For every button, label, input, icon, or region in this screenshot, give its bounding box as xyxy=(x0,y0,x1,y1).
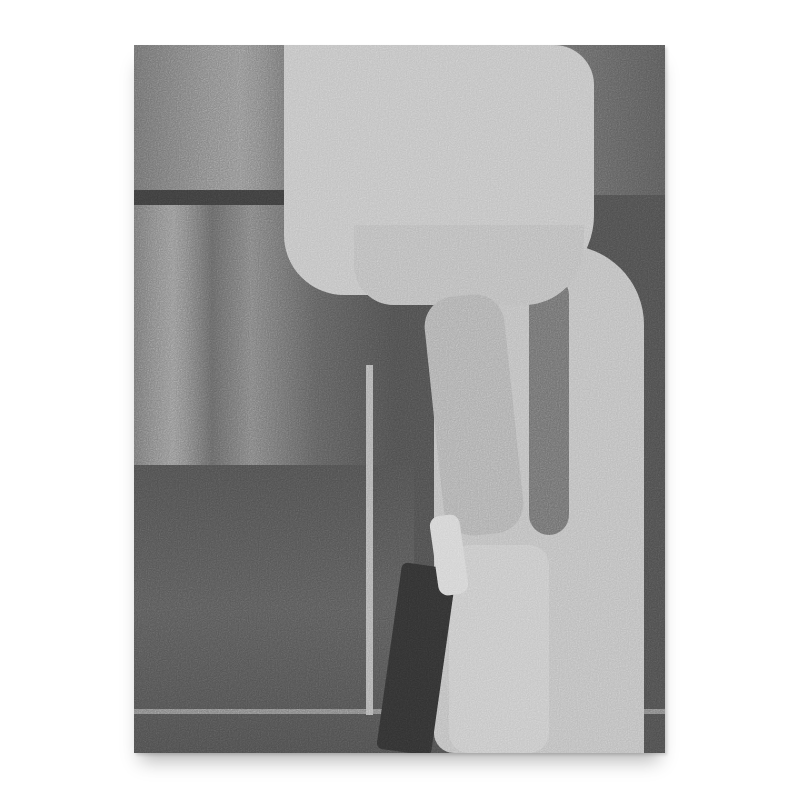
halftone-grain xyxy=(134,45,665,753)
canvas-print: Grainy black-and-white halftone photogra… xyxy=(134,45,665,753)
